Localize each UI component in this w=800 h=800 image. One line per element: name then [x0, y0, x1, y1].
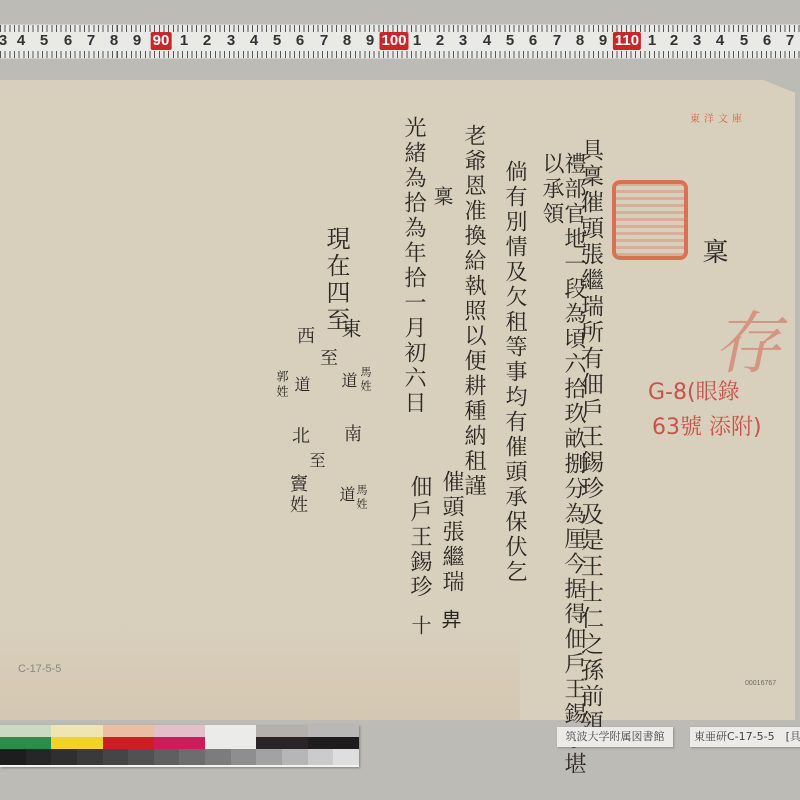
ruler-number: 4 — [17, 32, 25, 50]
boundary-north-label: 北 — [290, 426, 308, 447]
color-patch — [308, 749, 334, 765]
ruler-number: 1 — [648, 32, 656, 50]
ruler-number: 110 — [613, 32, 641, 50]
color-patch — [154, 737, 205, 749]
boundary-east-note: 馬姓 — [360, 366, 371, 394]
ruler-number: 8 — [343, 32, 351, 50]
color-patches-saturated — [0, 737, 359, 749]
color-patch — [154, 749, 180, 765]
item-id-label: 東亜研C-17-5-5 [具稟] — [690, 727, 800, 747]
ruler-number: 90 — [151, 32, 172, 50]
ruler-number: 6 — [529, 32, 537, 50]
color-patch — [103, 737, 154, 749]
heading-character: 稟 — [700, 238, 726, 267]
boundary-west-note: 郭姓 — [276, 370, 288, 400]
color-patch — [103, 725, 154, 737]
color-patch — [154, 725, 205, 737]
color-patch — [179, 749, 205, 765]
color-patch — [103, 749, 129, 765]
ruler-number: 3 — [0, 32, 7, 50]
ruler-number: 4 — [716, 32, 724, 50]
boundary-east-value: 道 — [340, 372, 356, 391]
ruler-number: 2 — [436, 32, 444, 50]
ruler-number: 6 — [296, 32, 304, 50]
boundary-to-1: 至 — [318, 348, 336, 369]
ruler-number: 4 — [250, 32, 258, 50]
color-patch — [77, 749, 103, 765]
color-patch — [308, 725, 359, 737]
red-note-line-2: 63號 添附) — [652, 410, 762, 441]
text-column-col5: 稟 — [432, 186, 452, 209]
measuring-ruler: 3456789901234567891001234567891101234567 — [0, 24, 800, 59]
red-square-seal — [612, 180, 688, 260]
ruler-number: 5 — [40, 32, 48, 50]
boundary-west-value: 道 — [293, 376, 309, 395]
color-patch — [333, 749, 359, 765]
ruler-number: 7 — [320, 32, 328, 50]
color-patch — [308, 737, 359, 749]
color-patch — [256, 737, 307, 749]
color-patch — [205, 725, 256, 737]
boundary-north-value: 竇姓 — [288, 474, 306, 516]
color-patch — [51, 749, 77, 765]
signature-mark: 十 — [410, 615, 430, 638]
color-patch — [205, 737, 256, 749]
ruler-number: 1 — [413, 32, 421, 50]
ruler-number: 9 — [133, 32, 141, 50]
signature-mark: 𢍁 — [442, 610, 462, 633]
signature-sig2: 佃戶王錫珍 — [408, 475, 430, 600]
ruler-number: 7 — [87, 32, 95, 50]
ruler-number: 9 — [366, 32, 374, 50]
ruler-number: 6 — [64, 32, 72, 50]
boundary-south-label: 南 — [342, 424, 360, 445]
catalog-number: 00016767 — [745, 680, 776, 687]
text-column-col6: 光緒為拾為年拾一月初六日 — [402, 116, 424, 416]
ruler-number: 5 — [506, 32, 514, 50]
ruler-number: 8 — [576, 32, 584, 50]
ruler-number: 3 — [459, 32, 467, 50]
signature-sig1: 催頭張繼瑞 — [440, 470, 462, 595]
boundary-to-2: 至 — [308, 452, 324, 471]
pencil-note: C-17-5-5 — [18, 663, 61, 675]
color-patch — [256, 749, 282, 765]
red-note-line-1: G-8(眼錄 — [648, 375, 740, 406]
ruler-number: 9 — [599, 32, 607, 50]
ruler-number: 8 — [110, 32, 118, 50]
text-column-col2: 禮部官地一段為頃六拾玖畝捌分為厘今据得佃戶王錫珍堪以承領 — [540, 152, 584, 800]
ruler-number: 3 — [227, 32, 235, 50]
ruler-ticks-top — [0, 25, 800, 32]
color-calibration-chart — [0, 725, 359, 767]
ruler-number: 5 — [273, 32, 281, 50]
ruler-number: 3 — [693, 32, 701, 50]
color-patch — [282, 749, 308, 765]
library-stamp: 東洋文庫 — [690, 110, 746, 125]
grayscale-steps — [0, 749, 359, 765]
color-patches-light — [0, 725, 359, 737]
ruler-number: 2 — [203, 32, 211, 50]
color-patch — [0, 749, 26, 765]
color-patch — [51, 737, 102, 749]
library-label: 筑波大学附属図書館 — [557, 727, 673, 747]
ruler-number: 100 — [379, 32, 408, 50]
text-column-col3: 倘有別情及欠租等事均有催頭承保伏乞 — [503, 160, 525, 585]
ruler-number: 6 — [763, 32, 771, 50]
ruler-number: 1 — [180, 32, 188, 50]
boundary-south-note: 馬姓 — [356, 484, 367, 512]
paper-stain — [0, 620, 520, 720]
color-patch — [205, 749, 231, 765]
ruler-number: 2 — [670, 32, 678, 50]
color-patch — [0, 725, 51, 737]
color-patch — [231, 749, 257, 765]
color-patch — [256, 725, 307, 737]
color-patch — [0, 737, 51, 749]
boundary-west-label: 西 — [295, 326, 313, 347]
color-patch — [51, 725, 102, 737]
ruler-number: 7 — [786, 32, 794, 50]
boundary-south-value: 道 — [338, 486, 354, 505]
ruler-number: 5 — [740, 32, 748, 50]
color-patch — [128, 749, 154, 765]
color-patch — [26, 749, 52, 765]
ruler-number: 7 — [553, 32, 561, 50]
boundary-east-label: 東 — [340, 318, 360, 341]
ruler-number: 4 — [483, 32, 491, 50]
ruler-ticks-bottom — [0, 51, 800, 58]
text-column-col4: 老爺恩准換給執照以便耕種納租謹 — [462, 124, 484, 499]
